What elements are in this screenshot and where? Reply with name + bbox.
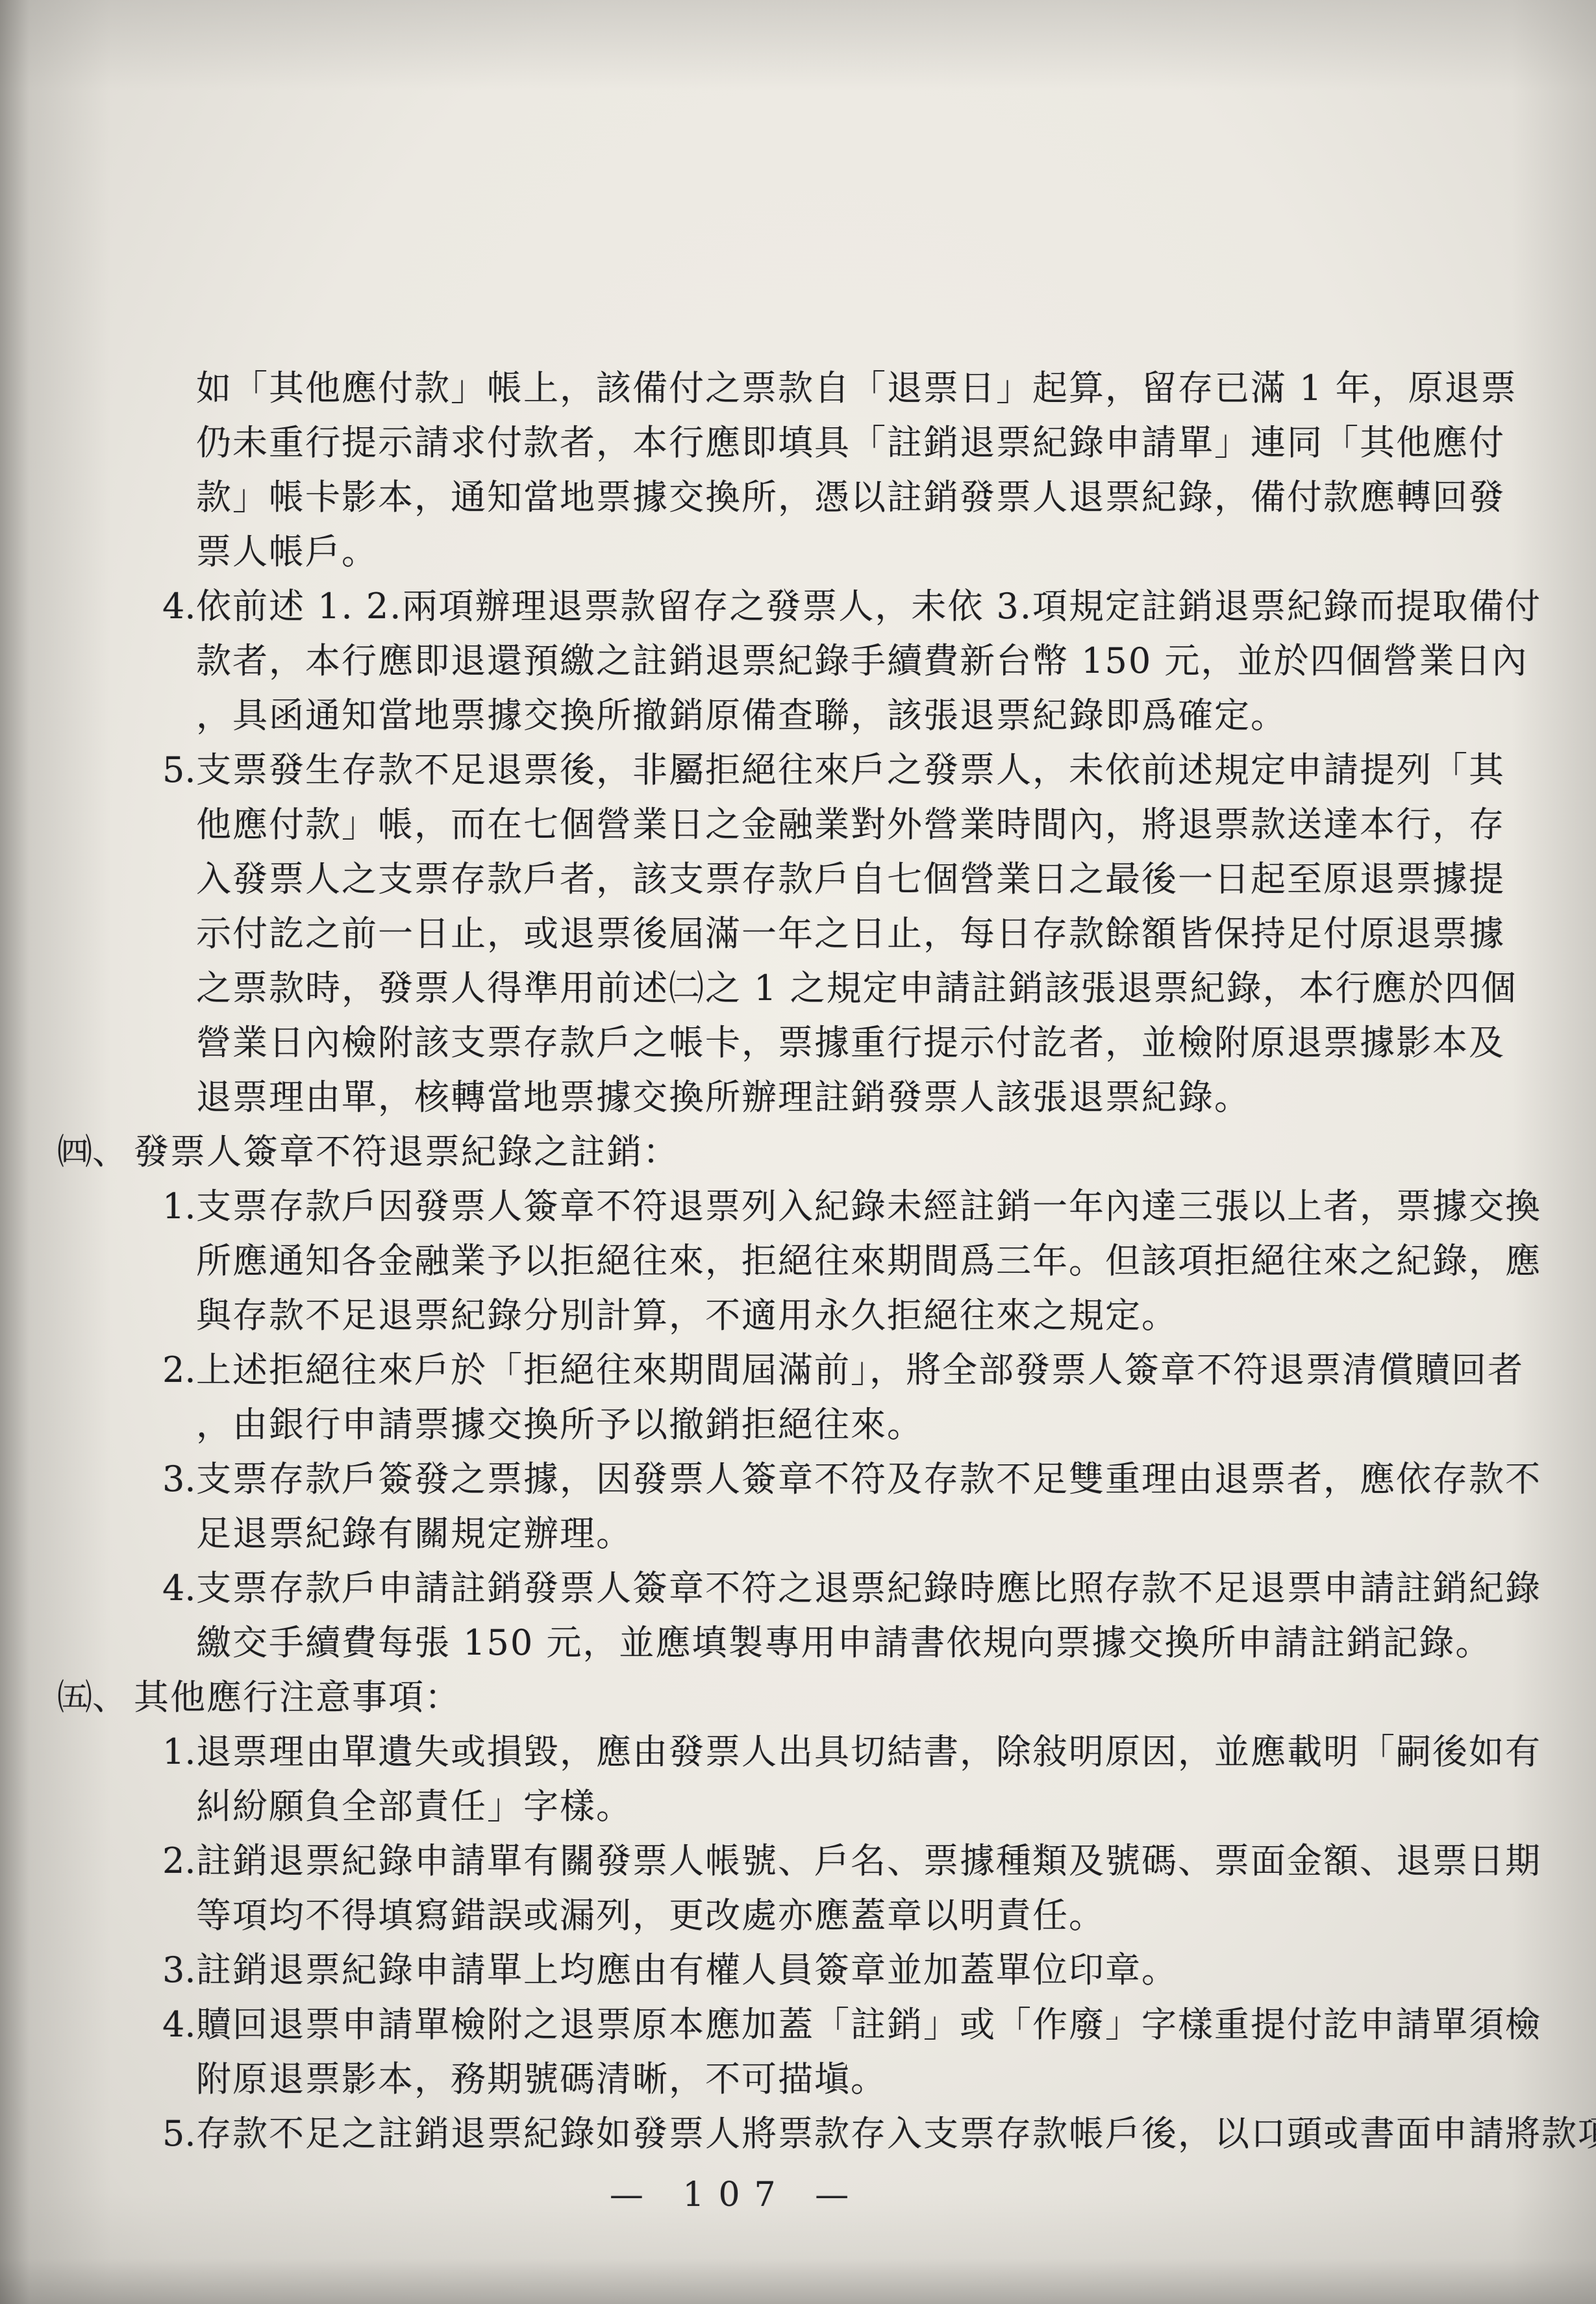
text-line: 退票理由單，核轉當地票據交換所辦理註銷發票人該張退票紀錄。	[196, 1070, 1596, 1125]
text-line: 之票款時，發票人得準用前述㈡之 1 之規定申請註銷該張退票紀錄，本行應於四個	[196, 961, 1596, 1016]
text-line: 營業日內檢附該支票存款戶之帳卡，票據重行提示付訖者，並檢附原退票據影本及	[196, 1016, 1596, 1070]
item-number: 1.	[162, 1725, 196, 1779]
text-line: 等項均不得填寫錯誤或漏列，更改處亦應蓋章以明責任。	[196, 1888, 1596, 1943]
text-line: 所應通知各金融業予以拒絕往來，拒絕往來期間爲三年。但該項拒絕往來之紀錄，應	[196, 1234, 1596, 1288]
item-number: 5.	[162, 2107, 196, 2161]
section-marker: ㈣、	[57, 1131, 127, 1172]
text-line: 2.註銷退票紀錄申請單有關發票人帳號、戶名、票據種類及號碼、票面金額、退票日期	[162, 1834, 1596, 1888]
item-text: 註銷退票紀錄申請單有關發票人帳號、戶名、票據種類及號碼、票面金額、退票日期	[196, 1840, 1541, 1881]
document-body: 如「其他應付款」帳上，該備付之票款自「退票日」起算，留存已滿 1 年，原退票仍未…	[0, 361, 1596, 2161]
section-header: ㈤、其他應行注意事項：	[57, 1670, 1596, 1725]
item-number: 4.	[162, 579, 196, 634]
text-line: 1.退票理由單遺失或損毀，應由發票人出具切結書，除敍明原因，並應載明「嗣後如有	[162, 1725, 1596, 1779]
text-line: ，由銀行申請票據交換所予以撤銷拒絕往來。	[196, 1397, 1596, 1452]
item-number: 3.	[162, 1452, 196, 1507]
text-line: 如「其他應付款」帳上，該備付之票款自「退票日」起算，留存已滿 1 年，原退票	[196, 361, 1596, 416]
item-number: 4.	[162, 1561, 196, 1616]
text-line: 示付訖之前一日止，或退票後屆滿一年之日止，每日存款餘額皆保持足付原退票據	[196, 907, 1596, 961]
text-line: 4.贖回退票申請單檢附之退票原本應加蓋「註銷」或「作廢」字樣重提付訖申請單須檢	[162, 1997, 1596, 2052]
section-marker: ㈤、	[57, 1677, 127, 1718]
text-line: 款」帳卡影本，通知當地票據交換所，憑以註銷發票人退票紀錄，備付款應轉回發	[196, 470, 1596, 525]
item-text: 註銷退票紀錄申請單上均應由有權人員簽章並加蓋單位印章。	[196, 1949, 1178, 1990]
section-header: ㈣、發票人簽章不符退票紀錄之註銷：	[57, 1125, 1596, 1179]
text-line: 4.依前述 1. 2.兩項辦理退票款留存之發票人，未依 3.項規定註銷退票紀錄而…	[162, 579, 1596, 634]
text-line: 2.上述拒絕往來戶於「拒絕往來期間屆滿前」，將全部發票人簽章不符退票清償贖回者	[162, 1343, 1596, 1397]
text-line: 3.支票存款戶簽發之票據，因發票人簽章不符及存款不足雙重理由退票者，應依存款不	[162, 1452, 1596, 1507]
text-line: 1.支票存款戶因發票人簽章不符退票列入紀錄未經註銷一年內達三張以上者，票據交換	[162, 1179, 1596, 1234]
item-text: 支票存款戶申請註銷發票人簽章不符之退票紀錄時應比照存款不足退票申請註銷紀錄	[196, 1568, 1541, 1609]
item-number: 4.	[162, 1997, 196, 2052]
item-number: 2.	[162, 1834, 196, 1888]
text-line: 5.支票發生存款不足退票後，非屬拒絕往來戶之發票人，未依前述規定申請提列「其	[162, 743, 1596, 797]
text-line: 5.存款不足之註銷退票紀錄如發票人將票款存入支票存款帳戶後，以口頭或書面申請將款…	[162, 2107, 1596, 2161]
text-line: ，具函通知當地票據交換所撤銷原備查聯，該張退票紀錄即爲確定。	[196, 688, 1596, 743]
text-line: 糾紛願負全部責任」字樣。	[196, 1779, 1596, 1834]
item-text: 上述拒絕往來戶於「拒絕往來期間屆滿前」，將全部發票人簽章不符退票清償贖回者	[196, 1349, 1524, 1390]
item-number: 3.	[162, 1943, 196, 1997]
page-number: — 107 —	[0, 2175, 1534, 2214]
text-line: 他應付款」帳，而在七個營業日之金融業對外營業時間內，將退票款送達本行，存	[196, 797, 1596, 852]
text-line: 繳交手續費每張 150 元，並應填製專用申請書依規向票據交換所申請註銷記錄。	[196, 1616, 1596, 1670]
item-text: 支票存款戶簽發之票據，因發票人簽章不符及存款不足雙重理由退票者，應依存款不	[196, 1459, 1541, 1499]
item-number: 2.	[162, 1343, 196, 1397]
item-text: 存款不足之註銷退票紀錄如發票人將票款存入支票存款帳戶後，以口頭或書面申請將款項	[196, 2113, 1596, 2154]
text-line: 仍未重行提示請求付款者，本行應即填具「註銷退票紀錄申請單」連同「其他應付	[196, 416, 1596, 470]
section-title: 其他應行注意事項：	[134, 1677, 461, 1718]
item-text: 退票理由單遺失或損毀，應由發票人出具切結書，除敍明原因，並應載明「嗣後如有	[196, 1731, 1541, 1772]
text-line: 入發票人之支票存款戶者，該支票存款戶自七個營業日之最後一日起至原退票據提	[196, 852, 1596, 907]
item-text: 支票發生存款不足退票後，非屬拒絕往來戶之發票人，未依前述規定申請提列「其	[196, 749, 1505, 790]
item-number: 1.	[162, 1179, 196, 1234]
text-line: 票人帳戶。	[196, 525, 1596, 579]
item-number: 5.	[162, 743, 196, 797]
text-line: 足退票紀錄有關規定辦理。	[196, 1507, 1596, 1561]
text-line: 4.支票存款戶申請註銷發票人簽章不符之退票紀錄時應比照存款不足退票申請註銷紀錄	[162, 1561, 1596, 1616]
text-line: 3.註銷退票紀錄申請單上均應由有權人員簽章並加蓋單位印章。	[162, 1943, 1596, 1997]
text-line: 與存款不足退票紀錄分別計算，不適用永久拒絕往來之規定。	[196, 1288, 1596, 1343]
item-text: 支票存款戶因發票人簽章不符退票列入紀錄未經註銷一年內達三張以上者，票據交換	[196, 1186, 1541, 1227]
item-text: 贖回退票申請單檢附之退票原本應加蓋「註銷」或「作廢」字樣重提付訖申請單須檢	[196, 2004, 1541, 2045]
item-text: 依前述 1. 2.兩項辦理退票款留存之發票人，未依 3.項規定註銷退票紀錄而提取…	[196, 586, 1541, 627]
text-line: 款者，本行應即退還預繳之註銷退票紀錄手續費新台幣 150 元，並於四個營業日內	[196, 634, 1596, 688]
text-line: 附原退票影本，務期號碼清晰，不可描塡。	[196, 2052, 1596, 2107]
section-title: 發票人簽章不符退票紀錄之註銷：	[134, 1131, 679, 1172]
scanned-page: 如「其他應付款」帳上，該備付之票款自「退票日」起算，留存已滿 1 年，原退票仍未…	[0, 0, 1596, 2304]
